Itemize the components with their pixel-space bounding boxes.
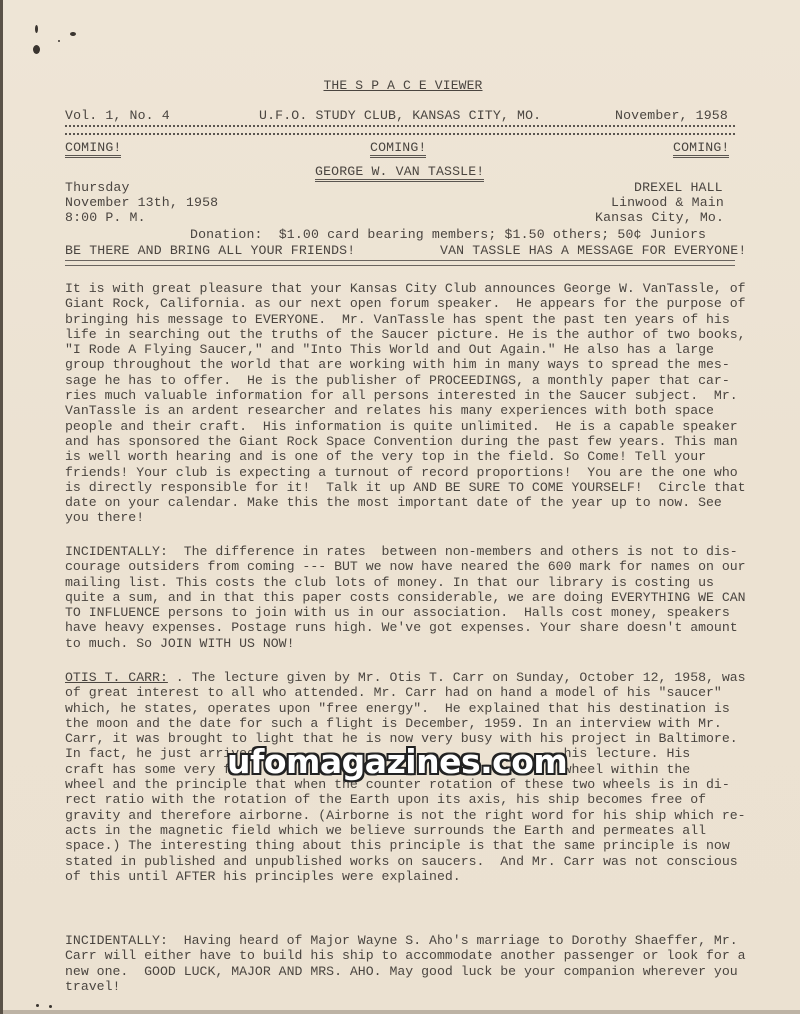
text-line: rect ratio with the rotation of the Eart… [65,792,745,807]
text-line: stated in published and unpublished work… [65,854,745,869]
text-line: people and their craft. His information … [65,419,745,434]
text-line: group throughout the world that are work… [65,357,745,372]
text-line: new one. GOOD LUCK, MAJOR AND MRS. AHO. … [65,964,745,979]
text-line: quite a sum, and in that this paper cost… [65,590,745,605]
text-line: to much. So JOIN WITH US NOW! [65,636,745,651]
coming-right: COMING! [673,140,729,158]
issue-date: November, 1958 [615,108,728,123]
text-line: It is with great pleasure that your Kans… [65,281,745,296]
text-line: INCIDENTALLY: Having heard of Major Wayn… [65,933,745,948]
speaker-name: GEORGE W. VAN TASSLE! [315,164,484,182]
publisher: U.F.O. STUDY CLUB, KANSAS CITY, MO. [259,108,541,123]
event-day: Thursday [65,180,130,195]
article-incidentally-aho: INCIDENTALLY: Having heard of Major Wayn… [65,933,745,994]
donation-info: Donation: $1.00 card bearing members; $1… [190,227,706,242]
text-line: friends! Your club is expecting a turnou… [65,465,745,480]
venue-city: Kansas City, Mo. [595,210,724,225]
slogan-right: VAN TASSLE HAS A MESSAGE FOR EVERYONE! [440,243,746,258]
text-line: mailing list. This costs the club lots o… [65,575,745,590]
text-line: acts in the magnetic field which we beli… [65,823,745,838]
text-line: of great interest to all who attended. M… [65,685,745,700]
text-line: and has sponsored the Giant Rock Space C… [65,434,745,449]
text-line: Giant Rock, California. as our next open… [65,296,745,311]
announcement-rule [65,260,735,266]
ink-speck [58,40,60,42]
page-edge [3,1010,800,1014]
text-line: is well worth hearing and is one of the … [65,449,745,464]
text-line: space.) The interesting thing about this… [65,838,745,853]
coming-left: COMING! [65,140,121,158]
text-line: which, he states, operates upon "free en… [65,701,745,716]
event-time: 8:00 P. M. [65,210,146,225]
text-line: ries much valuable information for all p… [65,388,745,403]
article-heading: OTIS T. CARR: [65,670,168,685]
text-line: of this until AFTER his principles were … [65,869,745,884]
watermark: ufomagazines.com [227,742,567,781]
text-line: travel! [65,979,745,994]
text-line: have heavy expenses. Postage runs high. … [65,620,745,635]
text-line: OTIS T. CARR: . The lecture given by Mr.… [65,670,745,685]
event-date: November 13th, 1958 [65,195,218,210]
text-line: TO INFLUENCE persons to join with us in … [65,605,745,620]
ink-speck [36,1004,39,1007]
ink-speck [70,32,76,36]
text-line: gravity and therefore airborne. (Airborn… [65,808,745,823]
volume-number: Vol. 1, No. 4 [65,108,170,123]
text-line: INCIDENTALLY: The difference in rates be… [65,544,745,559]
venue-name: DREXEL HALL [634,180,723,195]
scanned-page: THE S P A C E VIEWER Vol. 1, No. 4 U.F.O… [0,0,800,1014]
text-line: bringing his message to EVERYONE. Mr. Va… [65,312,745,327]
text-line: is directly responsible for it! Talk it … [65,480,745,495]
ink-speck [35,25,38,33]
slogan-left: BE THERE AND BRING ALL YOUR FRIENDS! [65,243,355,258]
text-line: courage outsiders from coming --- BUT we… [65,559,745,574]
text-line: "I Rode A Flying Saucer," and "Into This… [65,342,745,357]
separator-rule [65,125,735,135]
text-line: you there! [65,510,745,525]
article-van-tassle: It is with great pleasure that your Kans… [65,281,745,526]
text-line: the moon and the date for such a flight … [65,716,745,731]
text-line: date on your calendar. Make this the mos… [65,495,745,510]
text-line: VanTassle is an ardent researcher and re… [65,403,745,418]
text-line: life in searching out the truths of the … [65,327,745,342]
venue-street: Linwood & Main [611,195,724,210]
text-line: Carr will either have to build his ship … [65,948,745,963]
newsletter-title: THE S P A C E VIEWER [3,78,800,93]
ink-speck [33,45,40,54]
text-line: sage he has to offer. He is the publishe… [65,373,745,388]
ink-speck [49,1005,52,1008]
coming-center: COMING! [370,140,426,158]
article-incidentally-rates: INCIDENTALLY: The difference in rates be… [65,544,745,651]
